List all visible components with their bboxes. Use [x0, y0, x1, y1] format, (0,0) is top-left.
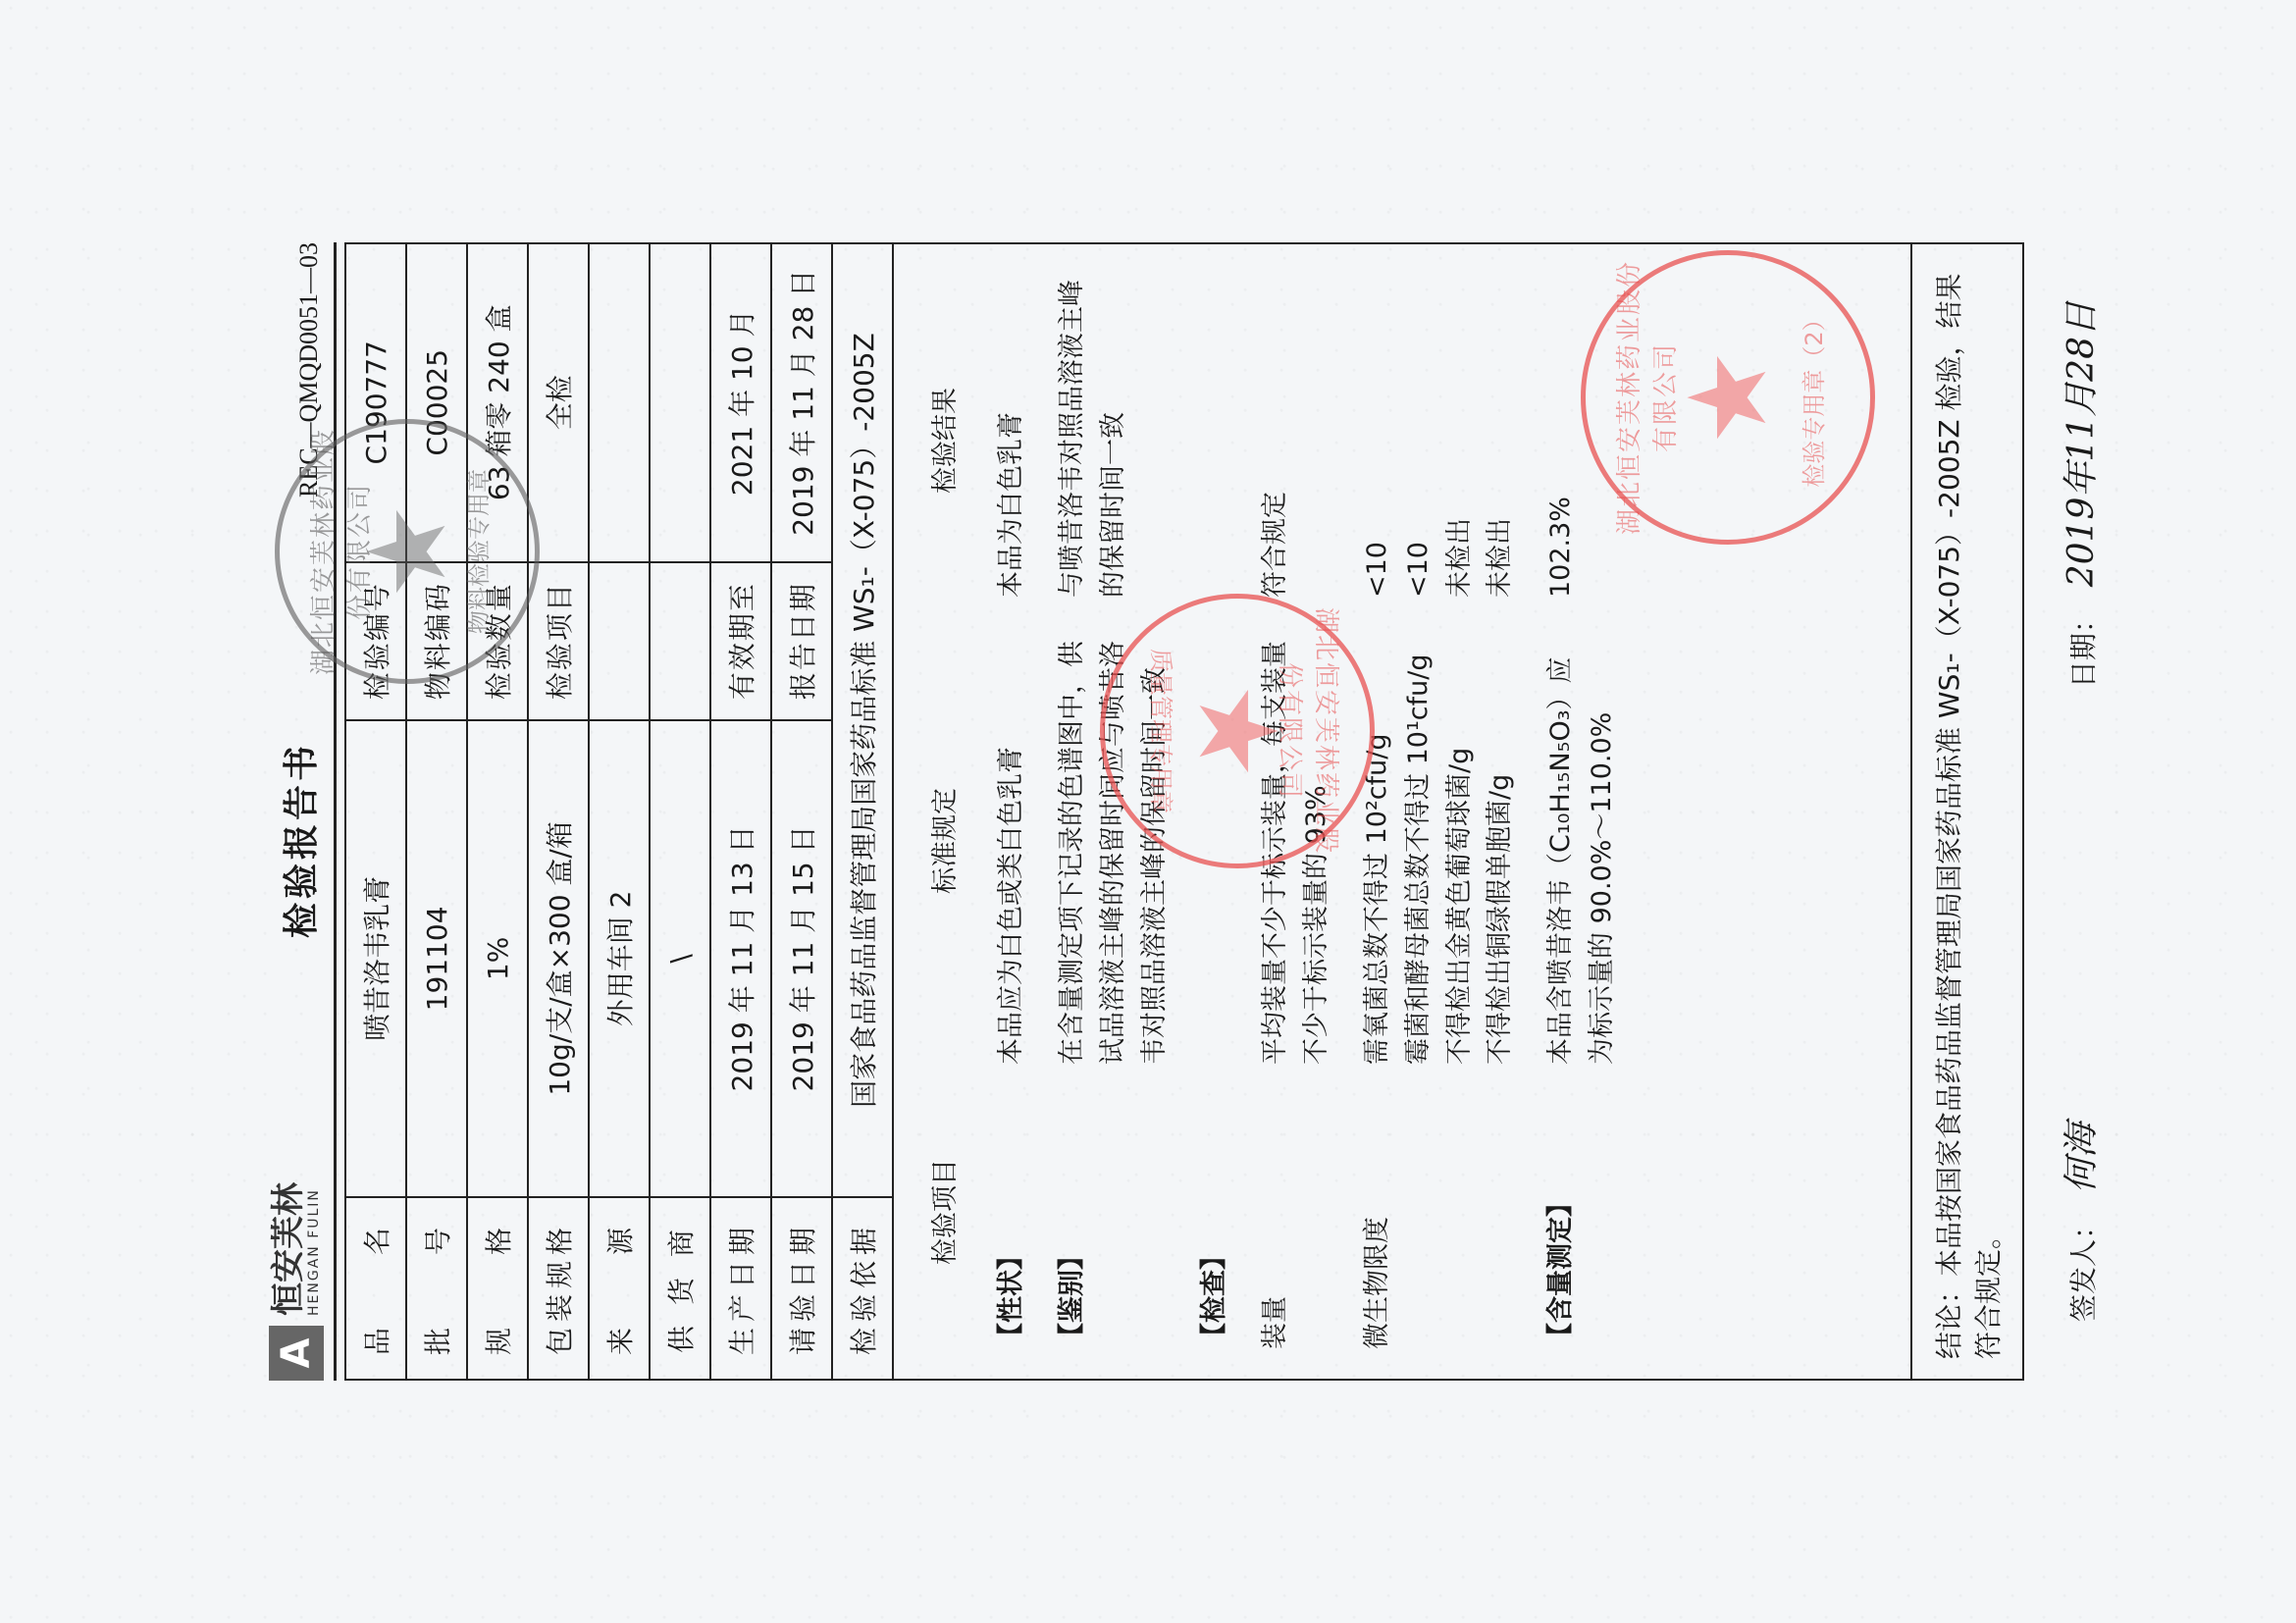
document-code: REC—QMQD0051—03 — [294, 242, 324, 497]
sign-date: 日期： 2019年11月28日 — [2054, 301, 2104, 688]
signer: 签发人： 何海 — [2054, 1123, 2104, 1322]
standard-text: 需氧菌总数不得过 10²cfu/g霉菌和酵母菌总数不得过 10¹cfu/g不得检… — [1357, 617, 1521, 1065]
star-icon: ★ — [1665, 349, 1791, 446]
results-sections: 【性状】本品应为白色或类白色乳膏本品为白色乳膏【鉴别】在含量测定项下记录的色谱图… — [981, 244, 1633, 1379]
inspection-report-page: A 恒安芙林 HENGAN FULIN 检验报告书 REC—QMQD0051—0… — [147, 174, 2149, 1449]
info-row: 批 号191104物料编码C00025 — [406, 243, 467, 1380]
info-label2: 检验编号 — [345, 562, 406, 720]
standard-text: 平均装量不少于标示装量，每支装量不少于标示装量的 93% — [1255, 617, 1337, 1065]
info-row: 包装规格10g/支/盒×300 盒/箱检验项目全检 — [528, 243, 589, 1380]
info-label2 — [650, 562, 710, 720]
info-value2 — [589, 243, 650, 562]
info-value2: 全检 — [528, 243, 589, 562]
info-value2: 2019 年 11 月 28 日 — [771, 243, 832, 562]
info-value: 喷昔洛韦乳膏 — [345, 720, 406, 1197]
standard-text: 本品含喷昔洛韦（C₁₀H₁₅N₅O₃）应为标示量的 90.0%～110.0% — [1540, 617, 1623, 1065]
logo-en: HENGAN FULIN — [307, 1182, 322, 1316]
result-section: 装量平均装量不少于标示装量，每支装量不少于标示装量的 93%符合规定 — [1245, 244, 1347, 1379]
info-label: 生产日期 — [710, 1197, 771, 1380]
info-label: 批 号 — [406, 1197, 467, 1380]
info-label2: 检验数量 — [467, 562, 528, 720]
logo-a-icon: A — [269, 1326, 324, 1381]
report-header: A 恒安芙林 HENGAN FULIN 检验报告书 REC—QMQD0051—0… — [206, 242, 337, 1381]
test-item: 微生物限度 — [1357, 1065, 1521, 1359]
result-section: 【检查】 — [1184, 244, 1245, 1379]
result-section: 【含量测定】本品含喷昔洛韦（C₁₀H₁₅N₅O₃）应为标示量的 90.0%～11… — [1531, 244, 1633, 1379]
result-text: 符合规定 — [1255, 264, 1337, 617]
info-row: 请验日期2019 年 11 月 15 日报告日期2019 年 11 月 28 日 — [771, 243, 832, 1380]
col-item: 检验项目 — [923, 1065, 962, 1359]
info-value: 2019 年 11 月 15 日 — [771, 720, 832, 1197]
info-label2: 物料编码 — [406, 562, 467, 720]
info-label: 来 源 — [589, 1197, 650, 1380]
info-label2: 有效期至 — [710, 562, 771, 720]
document-title: 检验报告书 — [274, 742, 324, 938]
info-label: 包装规格 — [528, 1197, 589, 1380]
info-label: 请验日期 — [771, 1197, 832, 1380]
result-section: 微生物限度需氧菌总数不得过 10²cfu/g霉菌和酵母菌总数不得过 10¹cfu… — [1347, 244, 1531, 1379]
info-row: 规 格1%检验数量63 箱零 240 盒 — [467, 243, 528, 1380]
basis-label: 检验依据 — [832, 1197, 893, 1380]
basis-value: 国家食品药品监督管理局国家药品标准 WS₁-（X-075）-2005Z — [832, 243, 893, 1197]
info-label: 规 格 — [467, 1197, 528, 1380]
info-value2: 63 箱零 240 盒 — [467, 243, 528, 562]
info-value2: C190777 — [345, 243, 406, 562]
info-label: 供 货 商 — [650, 1197, 710, 1380]
info-label2: 检验项目 — [528, 562, 589, 720]
standard-text: 本品应为白色或类白色乳膏 — [991, 617, 1032, 1065]
info-value: 191104 — [406, 720, 467, 1197]
handwritten-date: 2019年11月28日 — [2061, 301, 2102, 587]
result-text: <10<10未检出未检出 — [1357, 264, 1521, 617]
info-label2: 报告日期 — [771, 562, 832, 720]
basis-row: 检验依据 国家食品药品监督管理局国家药品标准 WS₁-（X-075）-2005Z — [832, 243, 893, 1380]
info-label2 — [589, 562, 650, 720]
info-value: 2019 年 11 月 13 日 — [710, 720, 771, 1197]
info-value2 — [650, 243, 710, 562]
info-value: 10g/支/盒×300 盒/箱 — [528, 720, 589, 1197]
test-item: 【性状】 — [991, 1065, 1032, 1359]
signature-row: 签发人： 何海 日期： 2019年11月28日 — [2024, 242, 2104, 1381]
conclusion: 结论：本品按国家食品药品监督管理局国家药品标准 WS₁-（X-075）-2005… — [1910, 244, 2022, 1379]
info-value2: C00025 — [406, 243, 467, 562]
logo-cn: 恒安芙林 — [272, 1182, 307, 1316]
col-result: 检验结果 — [923, 264, 962, 617]
info-row: 生产日期2019 年 11 月 13 日有效期至2021 年 10 月 — [710, 243, 771, 1380]
result-section: 【性状】本品应为白色或类白色乳膏本品为白色乳膏 — [981, 244, 1042, 1379]
result-section: 【鉴别】在含量测定项下记录的色谱图中，供试品溶液主峰的保留时间应与喷昔洛韦对照品… — [1042, 244, 1185, 1379]
test-item: 【含量测定】 — [1540, 1065, 1623, 1359]
col-standard: 标准规定 — [923, 617, 962, 1065]
standard-text — [1194, 617, 1235, 1065]
info-value: 外用车间 2 — [589, 720, 650, 1197]
info-value: 1% — [467, 720, 528, 1197]
result-text: 与喷昔洛韦对照品溶液主峰的保留时间一致 — [1052, 264, 1175, 617]
standard-text: 在含量测定项下记录的色谱图中，供试品溶液主峰的保留时间应与喷昔洛韦对照品溶液主峰… — [1052, 617, 1175, 1065]
info-row: 来 源外用车间 2 — [589, 243, 650, 1380]
result-text: 本品为白色乳膏 — [991, 264, 1032, 617]
product-info-table: 品 名喷昔洛韦乳膏检验编号C190777批 号191104物料编码C00025规… — [344, 242, 894, 1381]
test-item: 【检查】 — [1194, 1065, 1235, 1359]
info-value: \ — [650, 720, 710, 1197]
results-box: 检验项目 标准规定 检验结果 【性状】本品应为白色或类白色乳膏本品为白色乳膏【鉴… — [894, 242, 2024, 1381]
signer-signature: 何海 — [2061, 1123, 2102, 1193]
result-text: 102.3% — [1540, 264, 1623, 617]
info-row: 供 货 商\ — [650, 243, 710, 1380]
result-text — [1194, 264, 1235, 617]
info-label: 品 名 — [345, 1197, 406, 1380]
test-item: 【鉴别】 — [1052, 1065, 1175, 1359]
company-logo: A 恒安芙林 HENGAN FULIN — [269, 1182, 324, 1381]
info-row: 品 名喷昔洛韦乳膏检验编号C190777 — [345, 243, 406, 1380]
test-item: 装量 — [1255, 1065, 1337, 1359]
results-header: 检验项目 标准规定 检验结果 — [894, 244, 981, 1379]
info-value2: 2021 年 10 月 — [710, 243, 771, 562]
